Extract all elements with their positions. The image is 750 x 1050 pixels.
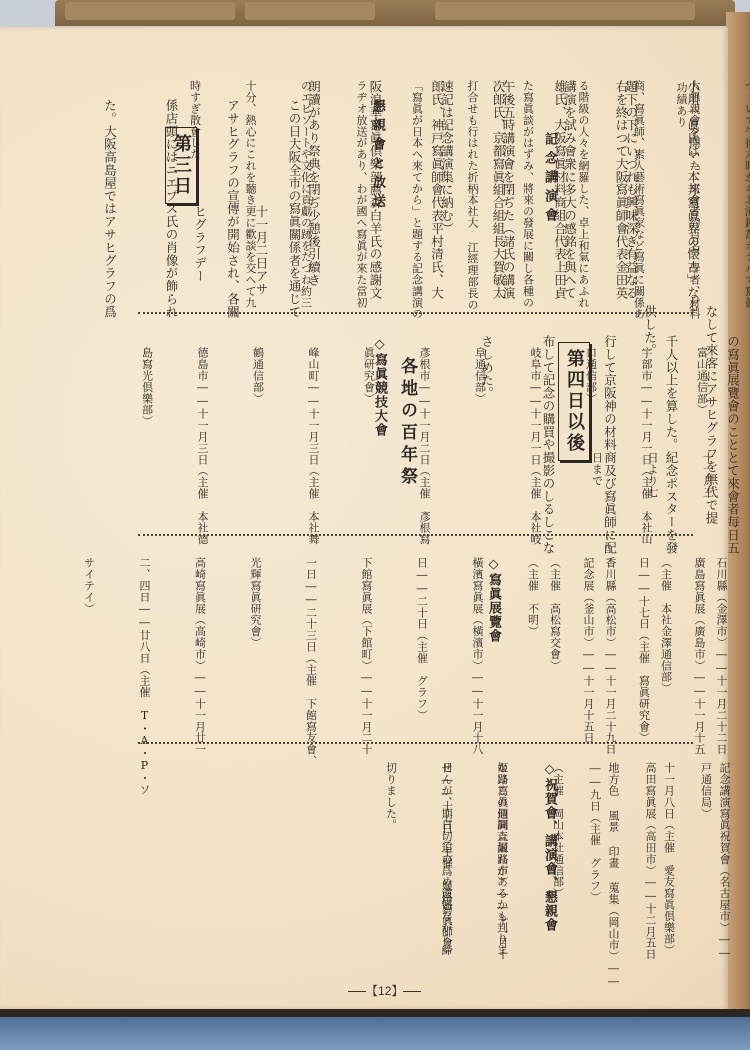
list-item: 高崎寫眞展（高崎市）――十一月廿一: [190, 557, 209, 752]
text-line: た寫眞談がはずみ、將來の發展に關し各種の: [518, 80, 537, 315]
competition-list: 松山市――十月二十五日（主催 本社 松山通信部） 東海（名古屋方面）――十月二十…: [100, 347, 750, 552]
text-line: た。大阪高島屋ではアサヒグラフの爲: [99, 99, 120, 329]
text-line: 打合せも行はれた折柄本社大 江經理部長の: [463, 80, 482, 315]
text-line: 係店頭にはニエプス氏の肖像が飾られ: [161, 99, 182, 329]
list-item: 島寫光倶樂部）: [137, 347, 156, 552]
list-item: 彥根市――十一月二日（主催 彥根寫: [415, 347, 434, 552]
list-item: 記念講演寫眞祝賀會（名古屋市）――: [715, 762, 734, 957]
list-item: 眞研究會）: [359, 347, 378, 552]
bracket-right: 】: [391, 984, 403, 998]
list-item: 富山通信部）: [692, 347, 711, 552]
list-item: 德島市――十一月三日（主催 本社德: [193, 347, 212, 552]
footer-dash-right: [403, 991, 421, 992]
footer-dash-left: [348, 991, 366, 992]
divider-3: [138, 742, 693, 744]
list-item: 地方色 風景 印畫 蒐集（岡山市）――: [604, 762, 623, 957]
list-item: 記念展（釜山市）――十一月十五日: [579, 557, 598, 752]
list-item: 鶴通信部）: [248, 347, 267, 552]
list-item: 二、四日――廿八日（主催 T・A・P・ソ: [135, 557, 154, 752]
text-line: なほこの他調査漏れがあるかも判りま: [492, 762, 511, 957]
list-item: 日――十七日（主催 寫眞研究會）: [634, 557, 653, 752]
document-page: 功績あり 右を終はつて大阪寫眞師會代表金田英 雄氏、大阪寫眞材料商組合代表上田貞…: [0, 27, 728, 1009]
list-item: 社）: [745, 557, 750, 752]
page-number: 12: [378, 984, 391, 998]
list-item: 阜通信部）: [470, 347, 489, 552]
list-item: （主催 不明）: [523, 557, 542, 752]
exhibition-list: 愛展（名古屋市）――十月二十六日― ―卅日（主催 愛友寫眞倶樂部） 祝賀寫眞展（…: [42, 557, 750, 752]
text-line: 商、寫眞師、素人藝術寫眞家など寫眞に關係あ: [629, 80, 648, 315]
list-item: 下館寫眞展（下館町）――十一月二十: [357, 557, 376, 752]
list-item: 光輝寫眞研究會）: [246, 557, 265, 752]
text-line: アサヒグラフの宣傳が開始され、各關: [222, 99, 243, 329]
closing-note: なほこの他調査漏れがあるかも判りま せんが、期日切迫の爲め遺憾ながら締 切りまし…: [344, 762, 548, 957]
text-line: つゞいて午後六時から北濱銀萬ホテルで寫眞: [740, 80, 750, 315]
divider-2: [138, 534, 693, 536]
text-line: 切りました。: [381, 762, 400, 957]
text-line: この日大阪全市の寫眞關係者を通じて: [284, 99, 305, 329]
text-line: る階級の人々を網羅した、卓上和氣にあふれ: [574, 80, 593, 315]
list-item: 日――二十日（主催 グラフ）: [412, 557, 431, 752]
bracket-left: 【: [366, 984, 378, 998]
list-item: （主催 岡山本社通信部）: [548, 762, 567, 957]
text-line: せんが、期日切迫の爲め遺憾ながら締: [437, 762, 456, 957]
book-bottom-edge: [0, 1009, 750, 1017]
text-line: 大懇親會を開いた、來會者約百名、學者、材料: [685, 80, 704, 315]
list-item: 宇部市――十一月一日（主催 本社山: [637, 347, 656, 552]
list-item: 十一月八日（主催 愛友寫眞倶樂部）: [659, 762, 678, 957]
page-number-footer: 【12】: [348, 982, 421, 999]
scan-background: [0, 1017, 750, 1050]
list-item: 廣島寫眞展（廣島市）――十一月十五: [690, 557, 709, 752]
day3-paragraph: この日大阪全市の寫眞關係者を通じて アサヒグラフの宣傳が開始され、各關 係店頭に…: [58, 99, 345, 329]
text-line: 「寫眞が日本へ來てから」と題する記念講演の: [407, 80, 426, 315]
list-item: 一日――二十三日（主催 下館寫友會、: [301, 557, 320, 752]
list-item: 岐阜市――十一月一日（主催 本社岐: [526, 347, 545, 552]
text-line: ラヂオ放送があり、わが國へ寫眞が來た當初: [352, 80, 371, 315]
list-item: 口通信部）: [581, 347, 600, 552]
list-item: 橫濱寫眞展（橫濱市）――十一月十八: [468, 557, 487, 752]
book-cover-top-edge: [55, 0, 735, 26]
list-item: 峰山町――十一月三日（主催 本社舞: [304, 347, 323, 552]
list-item: サイテイ）: [79, 557, 98, 752]
